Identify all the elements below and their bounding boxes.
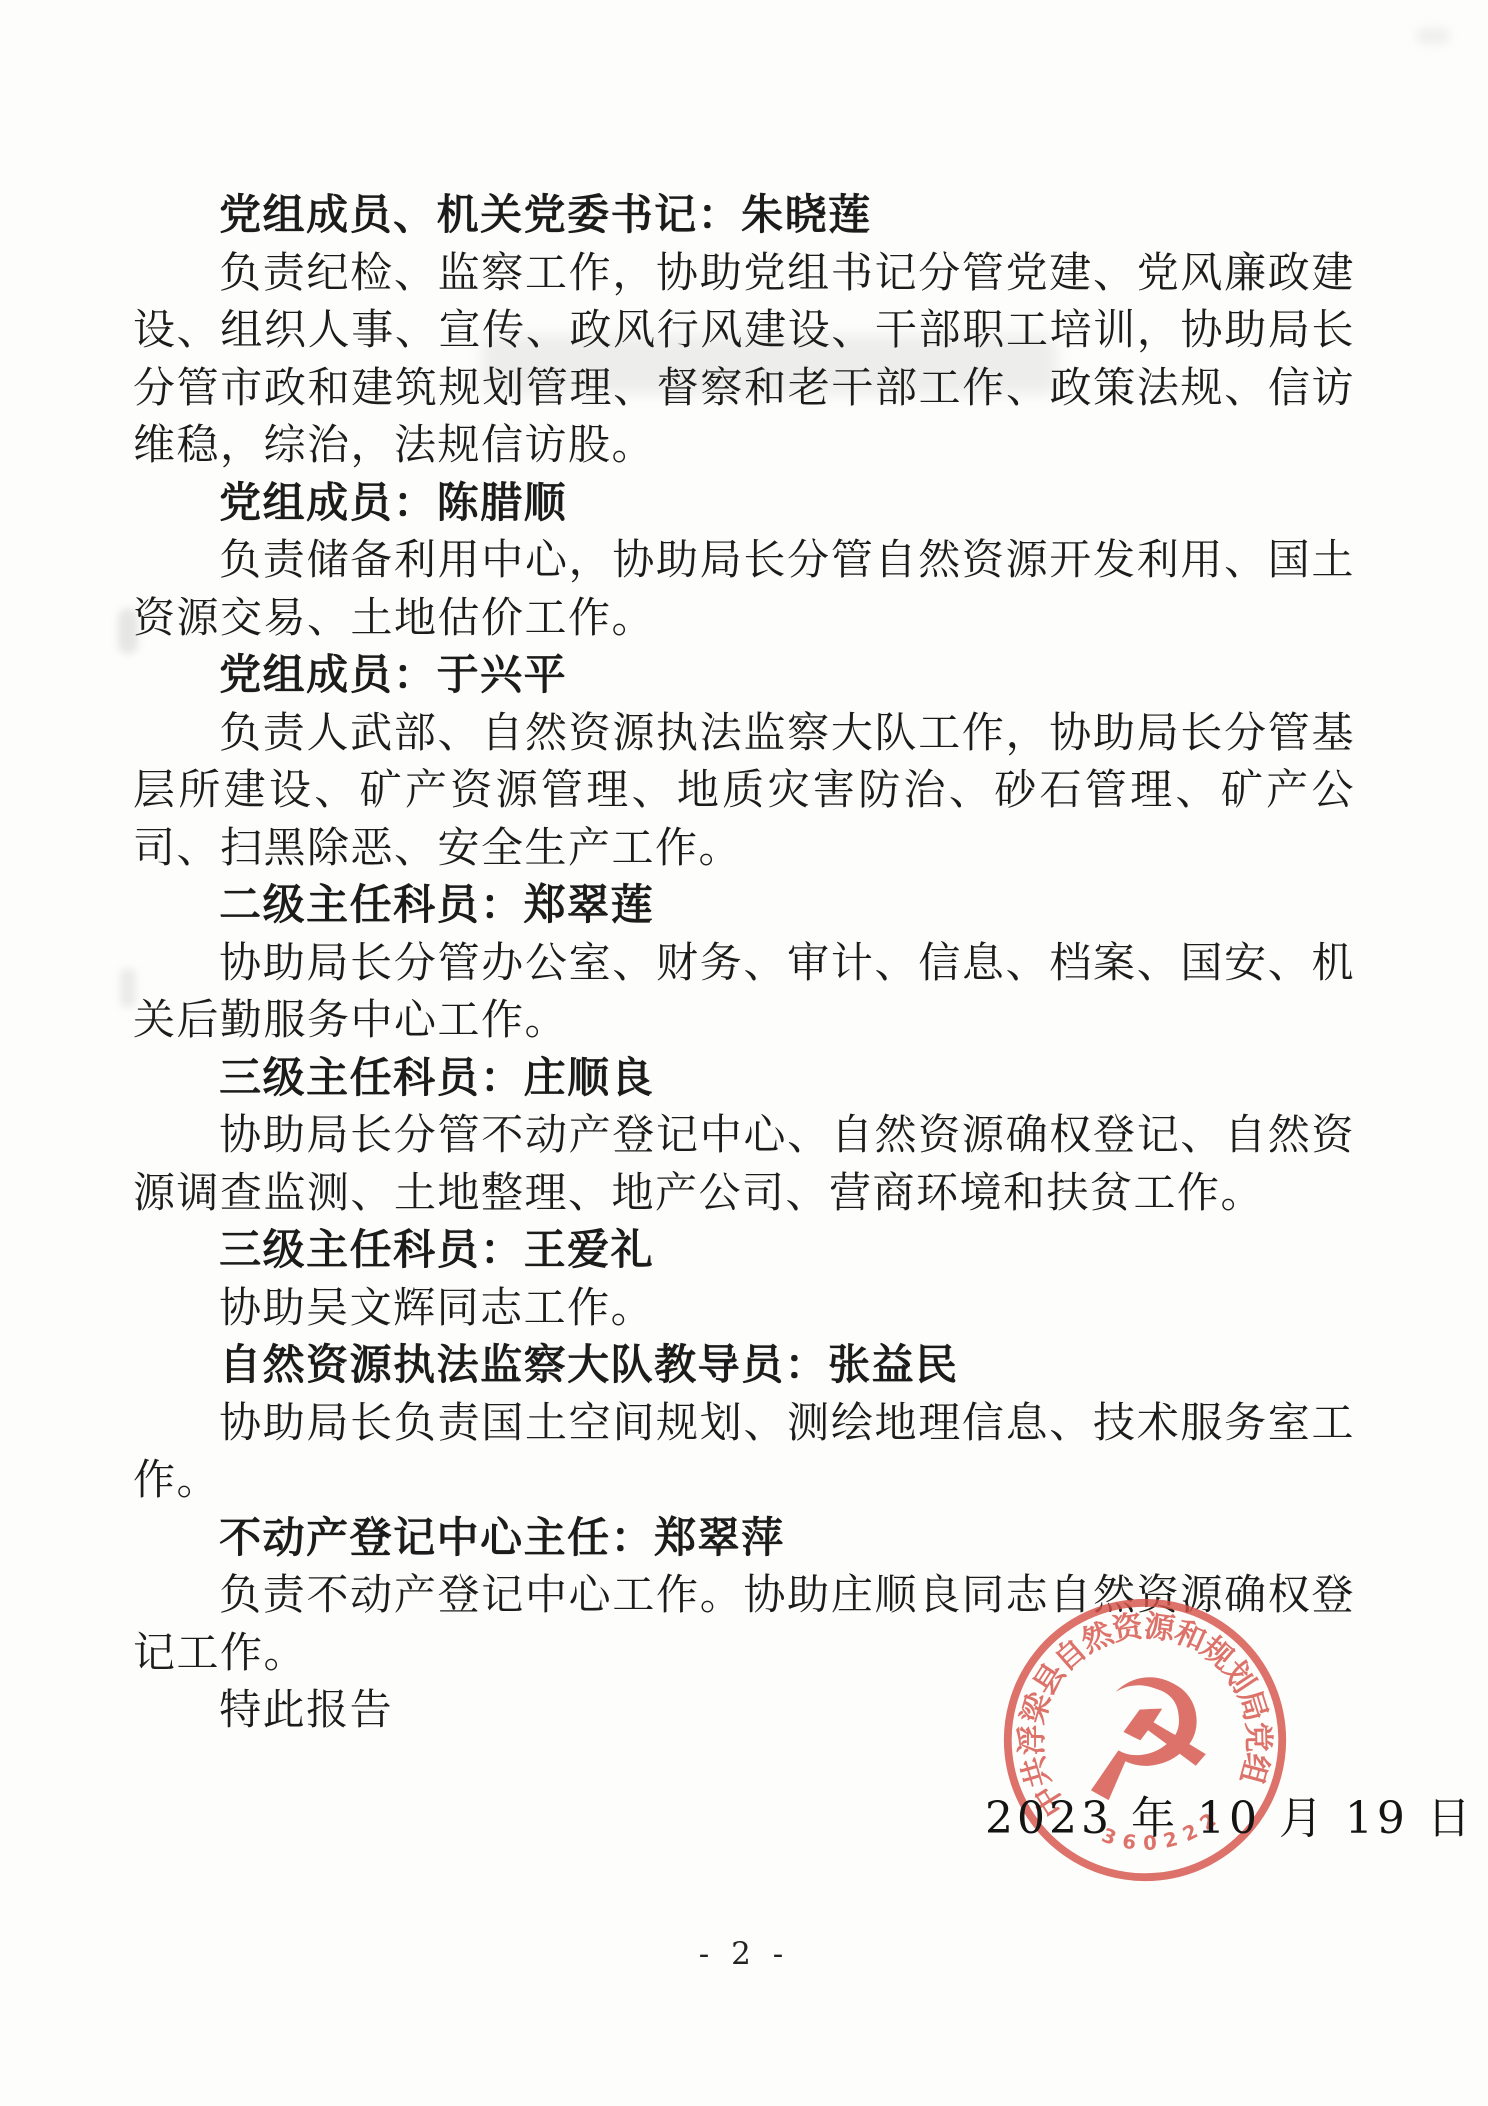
section-heading: 党组成员：陈腊顺 bbox=[133, 474, 1355, 532]
section-body: 负责纪检、监察工作，协助党组书记分管党建、党风廉政建设、组织人事、宣传、政风行风… bbox=[133, 244, 1355, 474]
document-body: 党组成员、机关党委书记：朱晓莲 负责纪检、监察工作，协助党组书记分管党建、党风廉… bbox=[133, 186, 1355, 1739]
section-heading: 二级主任科员：郑翠莲 bbox=[133, 876, 1355, 934]
section-body: 协助局长负责国土空间规划、测绘地理信息、技术服务室工作。 bbox=[133, 1394, 1355, 1509]
section-body: 负责人武部、自然资源执法监察大队工作，协助局长分管基层所建设、矿产资源管理、地质… bbox=[133, 704, 1355, 877]
section-heading: 不动产登记中心主任：郑翠萍 bbox=[133, 1509, 1355, 1567]
section-heading: 自然资源执法监察大队教导员：张益民 bbox=[133, 1336, 1355, 1394]
document-date: 2023 年 10 月 19 日 bbox=[985, 1782, 1475, 1846]
section-heading: 党组成员、机关党委书记：朱晓莲 bbox=[133, 186, 1355, 244]
page-number: - 2 - bbox=[0, 1936, 1488, 1972]
official-seal: ☭ 中共浮梁县自然资源和规划局党组 36022200981 bbox=[983, 1578, 1306, 1901]
document-page: 党组成员、机关党委书记：朱晓莲 负责纪检、监察工作，协助党组书记分管党建、党风廉… bbox=[0, 0, 1488, 2106]
section-body: 协助吴文辉同志工作。 bbox=[133, 1279, 1355, 1337]
corner-smudge bbox=[1416, 28, 1450, 44]
section-body: 负责储备利用中心，协助局长分管自然资源开发利用、国土资源交易、土地估价工作。 bbox=[133, 531, 1355, 646]
section-heading: 三级主任科员：庄顺良 bbox=[133, 1049, 1355, 1107]
section-heading: 三级主任科员：王爱礼 bbox=[133, 1221, 1355, 1279]
section-body: 协助局长分管办公室、财务、审计、信息、档案、国安、机关后勤服务中心工作。 bbox=[133, 934, 1355, 1049]
section-heading: 党组成员：于兴平 bbox=[133, 646, 1355, 704]
section-body: 协助局长分管不动产登记中心、自然资源确权登记、自然资源调查监测、土地整理、地产公… bbox=[133, 1106, 1355, 1221]
